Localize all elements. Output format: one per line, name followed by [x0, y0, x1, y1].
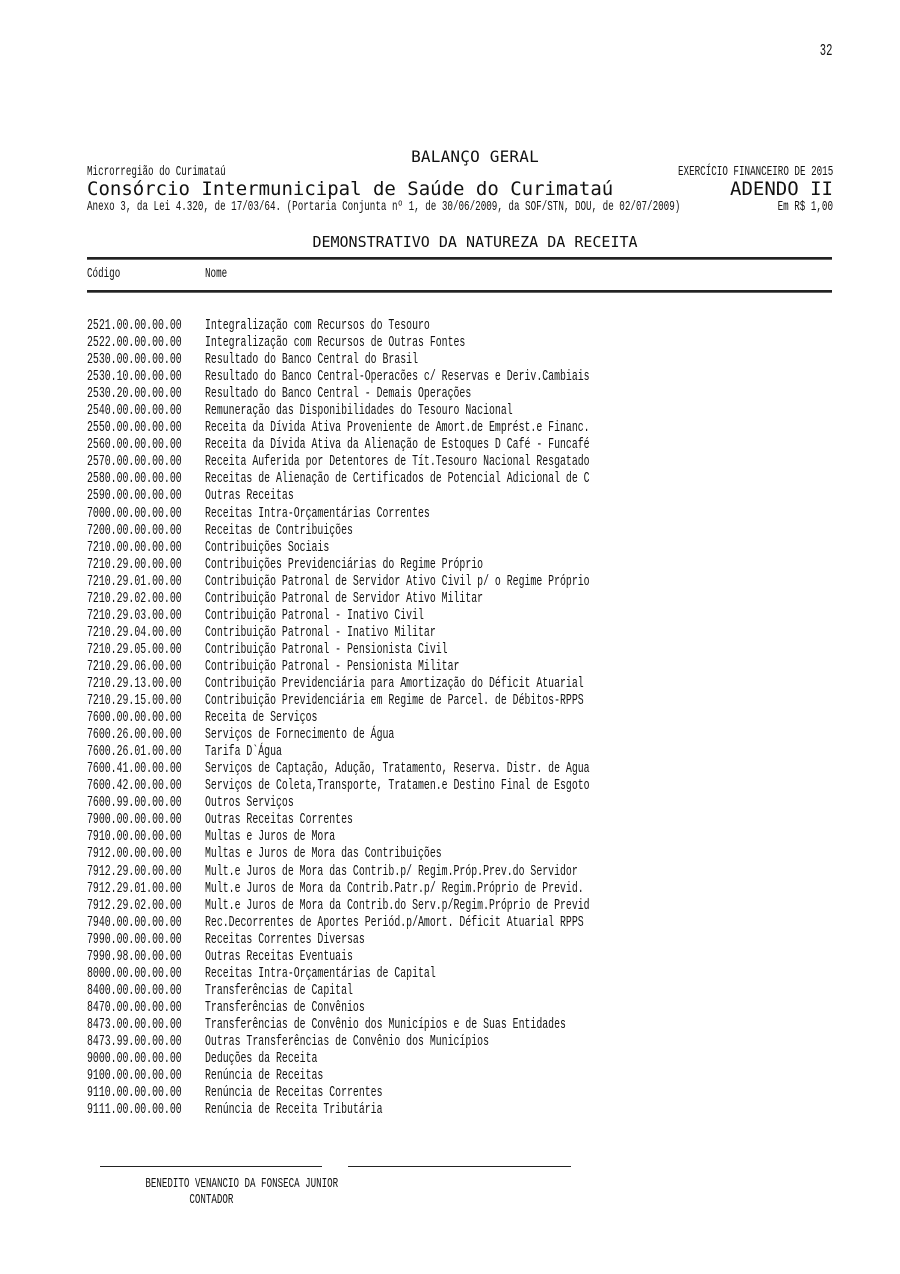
table-row: 7210.29.04.00.00Contribuição Patronal - …: [87, 625, 832, 642]
table-row: 7210.29.03.00.00Contribuição Patronal - …: [87, 608, 832, 625]
row-name: Mult.e Juros de Mora da Contrib.Patr.p/ …: [205, 881, 762, 898]
table-row: 2540.00.00.00.00Remuneração das Disponib…: [87, 403, 832, 420]
row-name: Receita de Serviços: [205, 710, 370, 727]
row-name: Contribuição Patronal - Pensionista Mili…: [205, 659, 579, 676]
table-row: 9000.00.00.00.00Deduções da Receita: [87, 1051, 832, 1068]
row-name: Multas e Juros de Mora das Contribuições: [205, 846, 553, 863]
row-name: Transferências de Convênio dos Município…: [205, 1017, 736, 1034]
row-name: Contribuição Patronal - Pensionista Civi…: [205, 642, 562, 659]
table-row: 8000.00.00.00.00Receitas Intra-Orçamentá…: [87, 966, 832, 983]
row-name: Renúncia de Receitas Correntes: [205, 1085, 466, 1102]
signatory-role: CONTADOR: [189, 1193, 233, 1209]
table-row: 7210.29.06.00.00Contribuição Patronal - …: [87, 659, 832, 676]
table-row: 7210.29.15.00.00Contribuição Previdenciá…: [87, 693, 832, 710]
signatory-name: BENEDITO VENANCIO DA FONSECA JUNIOR: [145, 1177, 338, 1193]
revenue-table: 2521.00.00.00.00Integralização com Recur…: [87, 318, 832, 1119]
row-name: Contribuição Patronal de Servidor Ativo …: [205, 591, 614, 608]
table-row: 9110.00.00.00.00Renúncia de Receitas Cor…: [87, 1085, 832, 1102]
table-row: 2522.00.00.00.00Integralização com Recur…: [87, 335, 832, 352]
row-name: Deduções da Receita: [205, 1051, 370, 1068]
table-row: 2580.00.00.00.00Receitas de Alienação de…: [87, 471, 832, 488]
row-name: Transferências de Capital: [205, 983, 423, 1000]
currency-unit: Em R$ 1,00: [778, 199, 833, 215]
row-name: Integralização com Recursos do Tesouro: [205, 318, 536, 335]
table-row: 7000.00.00.00.00Receitas Intra-Orçamentá…: [87, 506, 832, 523]
row-name: Outras Receitas: [205, 488, 336, 505]
table-row: 7210.29.13.00.00Contribuição Previdenciá…: [87, 676, 832, 693]
report-subtitle: DEMONSTRATIVO DA NATUREZA DA RECEITA: [0, 233, 900, 251]
table-row: 8473.99.00.00.00Outras Transferências de…: [87, 1034, 832, 1051]
row-name: Contribuição Patronal de Servidor Ativo …: [205, 574, 771, 591]
row-name: Contribuição Previdenciária para Amortiz…: [205, 676, 762, 693]
table-row: 2530.20.00.00.00Resultado do Banco Centr…: [87, 386, 832, 403]
row-name: Mult.e Juros de Mora das Contrib.p/ Regi…: [205, 864, 753, 881]
table-row: 7210.29.00.00.00Contribuições Previdenci…: [87, 557, 832, 574]
row-name: Remuneração das Disponibilidades do Teso…: [205, 403, 657, 420]
header-rule-top: [87, 257, 832, 260]
signature-block-1: BENEDITO VENANCIO DA FONSECA JUNIOR CONT…: [100, 1177, 322, 1209]
legal-reference: Anexo 3, da Lei 4.320, de 17/03/64. (Por…: [87, 199, 680, 215]
entity-name: Consórcio Intermunicipal de Saúde do Cur…: [87, 178, 613, 200]
row-name: Receita da Dívida Ativa Proveniente de A…: [205, 420, 771, 437]
row-name: Multas e Juros de Mora: [205, 829, 396, 846]
signature-line-2: [348, 1166, 571, 1167]
table-row: 2530.10.00.00.00Resultado do Banco Centr…: [87, 369, 832, 386]
row-name: Mult.e Juros de Mora da Contrib.do Serv.…: [205, 898, 771, 915]
row-name: Outras Transferências de Convênio dos Mu…: [205, 1034, 623, 1051]
row-name: Serviços de Fornecimento de Água: [205, 727, 483, 744]
table-row: 7990.98.00.00.00Outras Receitas Eventuai…: [87, 949, 832, 966]
column-header-name: Nome: [205, 266, 239, 282]
table-row: 7210.29.01.00.00Contribuição Patronal de…: [87, 574, 832, 591]
table-row: 7912.00.00.00.00Multas e Juros de Mora d…: [87, 846, 832, 863]
table-row: 2570.00.00.00.00Receita Auferida por Det…: [87, 454, 832, 471]
table-row: 7912.29.00.00.00Mult.e Juros de Mora das…: [87, 864, 832, 881]
column-header-code: Código: [87, 266, 137, 282]
legal-row: Anexo 3, da Lei 4.320, de 17/03/64. (Por…: [87, 199, 833, 215]
row-name: Receitas de Contribuições: [205, 523, 423, 540]
table-row: 7200.00.00.00.00Receitas de Contribuiçõe…: [87, 523, 832, 540]
table-row: 8473.00.00.00.00Transferências de Convên…: [87, 1017, 832, 1034]
page-number: 32: [812, 42, 832, 61]
row-name: Outras Receitas Eventuais: [205, 949, 423, 966]
row-name: Outros Serviços: [205, 795, 336, 812]
row-name: Contribuição Previdenciária em Regime de…: [205, 693, 762, 710]
row-name: Renúncia de Receitas: [205, 1068, 379, 1085]
table-row: 9111.00.00.00.00Renúncia de Receita Trib…: [87, 1102, 832, 1119]
row-name: Tarifa D`Água: [205, 744, 318, 761]
table-row: 7990.00.00.00.00Receitas Correntes Diver…: [87, 932, 832, 949]
row-name: Resultado do Banco Central do Brasil: [205, 352, 518, 369]
table-row: 7940.00.00.00.00Rec.Decorrentes de Aport…: [87, 915, 832, 932]
row-name: Contribuições Sociais: [205, 540, 388, 557]
table-row: 7210.29.05.00.00Contribuição Patronal - …: [87, 642, 832, 659]
row-name: Receitas Intra-Orçamentárias de Capital: [205, 966, 544, 983]
table-row: 9100.00.00.00.00Renúncia de Receitas: [87, 1068, 832, 1085]
table-row: 7910.00.00.00.00Multas e Juros de Mora: [87, 829, 832, 846]
table-row: 2560.00.00.00.00Receita da Dívida Ativa …: [87, 437, 832, 454]
row-name: Receita da Dívida Ativa da Alienação de …: [205, 437, 771, 454]
header-rule-bottom: [87, 290, 832, 293]
table-row: 7600.41.00.00.00Serviços de Captação, Ad…: [87, 761, 832, 778]
row-name: Integralização com Recursos de Outras Fo…: [205, 335, 588, 352]
row-name: Receita Auferida por Detentores de Tít.T…: [205, 454, 771, 471]
signature-line-1: [100, 1166, 322, 1167]
row-name: Contribuições Previdenciárias do Regime …: [205, 557, 614, 574]
table-row: 7600.26.01.00.00Tarifa D`Água: [87, 744, 832, 761]
row-name: Receitas Intra-Orçamentárias Correntes: [205, 506, 536, 523]
table-row: 2521.00.00.00.00Integralização com Recur…: [87, 318, 832, 335]
row-name: Serviços de Captação, Adução, Tratamento…: [205, 761, 771, 778]
row-name: Receitas de Alienação de Certificados de…: [205, 471, 771, 488]
table-row: 7210.00.00.00.00Contribuições Sociais: [87, 540, 832, 557]
row-name: Serviços de Coleta,Transporte, Tratamen.…: [205, 778, 771, 795]
table-row: 2590.00.00.00.00Outras Receitas: [87, 488, 832, 505]
row-name: Contribuição Patronal - Inativo Civil: [205, 608, 527, 625]
table-row: 7600.99.00.00.00Outros Serviços: [87, 795, 832, 812]
row-name: Outras Receitas Correntes: [205, 812, 423, 829]
table-row: 2550.00.00.00.00Receita da Dívida Ativa …: [87, 420, 832, 437]
table-row: 8470.00.00.00.00Transferências de Convên…: [87, 1000, 832, 1017]
table-row: 7600.00.00.00.00Receita de Serviços: [87, 710, 832, 727]
row-name: Rec.Decorrentes de Aportes Periód.p/Amor…: [205, 915, 762, 932]
row-name: Renúncia de Receita Tributária: [205, 1102, 466, 1119]
table-row: 7912.29.02.00.00Mult.e Juros de Mora da …: [87, 898, 832, 915]
row-name: Contribuição Patronal - Inativo Militar: [205, 625, 544, 642]
row-name: Resultado do Banco Central - Demais Oper…: [205, 386, 597, 403]
row-name: Transferências de Convênios: [205, 1000, 440, 1017]
table-row: 2530.00.00.00.00Resultado do Banco Centr…: [87, 352, 832, 369]
table-row: 7912.29.01.00.00Mult.e Juros de Mora da …: [87, 881, 832, 898]
table-row: 7600.26.00.00.00Serviços de Fornecimento…: [87, 727, 832, 744]
row-name: Receitas Correntes Diversas: [205, 932, 440, 949]
table-row: 7600.42.00.00.00Serviços de Coleta,Trans…: [87, 778, 832, 795]
table-row: 7900.00.00.00.00Outras Receitas Corrente…: [87, 812, 832, 829]
annex-label: ADENDO II: [730, 178, 833, 200]
row-name: Resultado do Banco Central-Operacões c/ …: [205, 369, 771, 386]
table-row: 7210.29.02.00.00Contribuição Patronal de…: [87, 591, 832, 608]
table-row: 8400.00.00.00.00Transferências de Capita…: [87, 983, 832, 1000]
